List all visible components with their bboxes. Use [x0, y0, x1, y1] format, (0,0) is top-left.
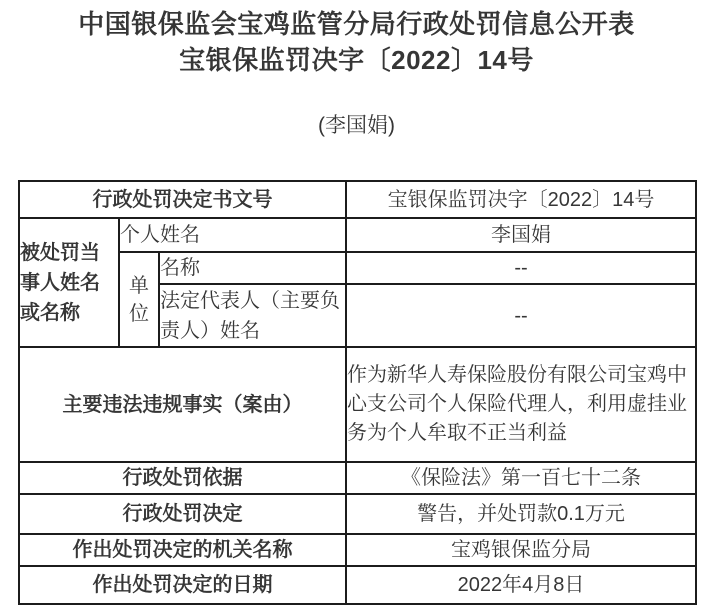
row-penalty-decision: 行政处罚决定 警告，并处罚款0.1万元	[19, 494, 696, 534]
penalty-decision-label: 行政处罚决定	[19, 494, 346, 534]
violation-facts-value: 作为新华人寿保险股份有限公司宝鸡中心支公司个人保险代理人，利用虚挂业务为个人牟取…	[346, 347, 696, 462]
penalty-disclosure-table: 行政处罚决定书文号 宝银保监罚决字〔2022〕14号 被处罚当事人姓名或名称 个…	[18, 180, 697, 605]
personal-name-label: 个人姓名	[119, 218, 346, 252]
doc-number-value: 宝银保监罚决字〔2022〕14号	[346, 181, 696, 218]
org-name-value: --	[346, 252, 696, 284]
decision-authority-value: 宝鸡银保监分局	[346, 534, 696, 566]
row-penalty-basis: 行政处罚依据 《保险法》第一百七十二条	[19, 462, 696, 494]
page-title-line1: 中国银保监会宝鸡监管分局行政处罚信息公开表	[0, 6, 713, 42]
legal-rep-value: --	[346, 284, 696, 347]
violation-facts-label: 主要违法违规事实（案由）	[19, 347, 346, 462]
doc-number-label: 行政处罚决定书文号	[19, 181, 346, 218]
row-decision-date: 作出处罚决定的日期 2022年4月8日	[19, 566, 696, 604]
page-title-line2: 宝银保监罚决字〔2022〕14号	[0, 42, 713, 78]
penalty-decision-value: 警告，并处罚款0.1万元	[346, 494, 696, 534]
decision-date-label: 作出处罚决定的日期	[19, 566, 346, 604]
personal-name-value: 李国娟	[346, 218, 696, 252]
row-violation-facts: 主要违法违规事实（案由） 作为新华人寿保险股份有限公司宝鸡中心支公司个人保险代理…	[19, 347, 696, 462]
penalty-basis-label: 行政处罚依据	[19, 462, 346, 494]
decision-date-value: 2022年4月8日	[346, 566, 696, 604]
row-doc-number: 行政处罚决定书文号 宝银保监罚决字〔2022〕14号	[19, 181, 696, 218]
page-title: 中国银保监会宝鸡监管分局行政处罚信息公开表 宝银保监罚决字〔2022〕14号	[0, 6, 713, 78]
legal-rep-label: 法定代表人（主要负责人）姓名	[159, 284, 346, 347]
org-unit-label: 单位	[119, 252, 159, 347]
row-org-name: 单位 名称 --	[19, 252, 696, 284]
row-decision-authority: 作出处罚决定的机关名称 宝鸡银保监分局	[19, 534, 696, 566]
decision-authority-label: 作出处罚决定的机关名称	[19, 534, 346, 566]
penalty-basis-value: 《保险法》第一百七十二条	[346, 462, 696, 494]
party-name-label: 被处罚当事人姓名或名称	[19, 218, 119, 347]
org-name-label: 名称	[159, 252, 346, 284]
page-subtitle: (李国娟)	[0, 110, 713, 142]
row-personal-name: 被处罚当事人姓名或名称 个人姓名 李国娟	[19, 218, 696, 252]
